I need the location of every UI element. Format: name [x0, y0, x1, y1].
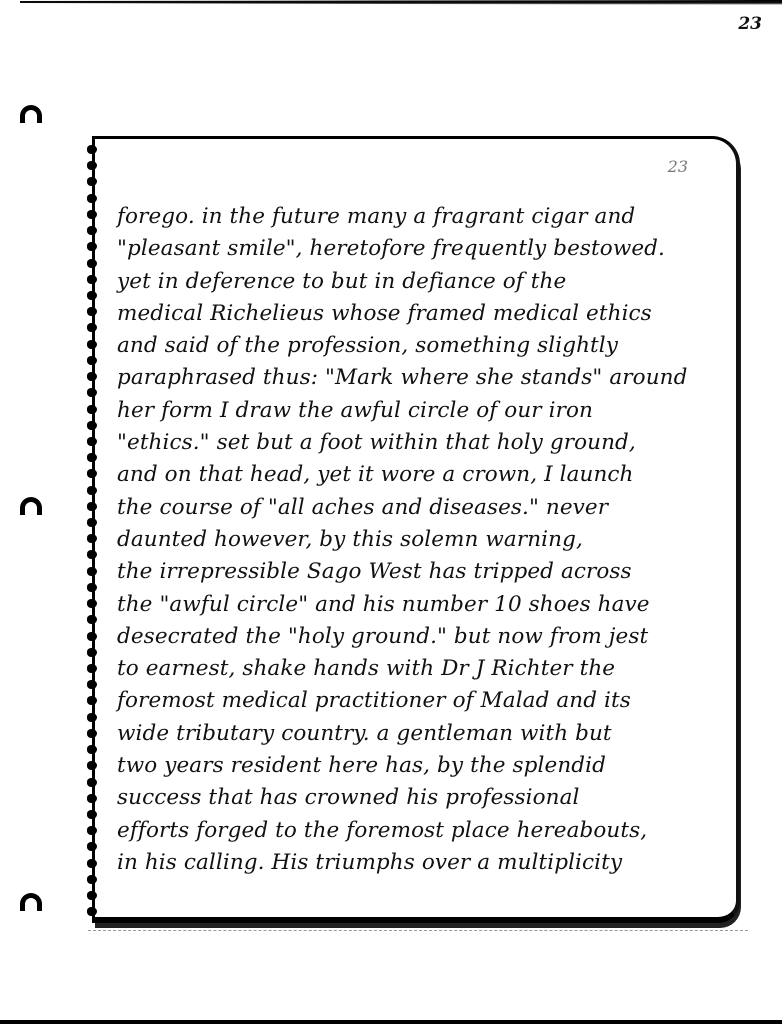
spiral-ring [87, 632, 97, 641]
text-line: two years resident here has, by the sple… [117, 750, 718, 782]
spiral-ring [87, 615, 97, 624]
spiral-ring [87, 713, 97, 722]
spiral-ring [87, 664, 97, 673]
punch-hole-icon [20, 893, 42, 911]
spiral-ring [87, 226, 97, 235]
text-line: "pleasant smile", heretofore frequently … [117, 233, 718, 265]
text-line: success that has crowned his professiona… [117, 782, 718, 814]
text-line: to earnest, shake hands with Dr J Richte… [117, 653, 718, 685]
spiral-ring [87, 842, 97, 851]
text-line: paraphrased thus: "Mark where she stands… [117, 362, 718, 394]
spiral-ring [87, 259, 97, 268]
punch-hole-icon [20, 497, 42, 515]
text-line: efforts forged to the foremost place her… [117, 815, 718, 847]
spiral-ring [87, 291, 97, 300]
spiral-ring [87, 778, 97, 787]
spiral-ring [87, 421, 97, 430]
text-line: the irrepressible Sago West has tripped … [117, 556, 718, 588]
spiral-ring [87, 145, 97, 154]
spiral-ring [87, 502, 97, 511]
text-line: and on that head, yet it wore a crown, I… [117, 459, 718, 491]
spiral-ring [87, 453, 97, 462]
page-edge-line [88, 930, 748, 932]
spiral-ring [87, 486, 97, 495]
text-line: desecrated the "holy ground." but now fr… [117, 621, 718, 653]
spiral-ring [87, 469, 97, 478]
text-line: the "awful circle" and his number 10 sho… [117, 589, 718, 621]
spiral-ring [87, 372, 97, 381]
spiral-ring [87, 810, 97, 819]
spiral-ring [87, 648, 97, 657]
spiral-ring [87, 388, 97, 397]
outer-page-number: 23 [738, 14, 762, 34]
text-line: medical Richelieus whose framed medical … [117, 298, 718, 330]
spiral-ring [87, 405, 97, 414]
spiral-ring [87, 242, 97, 251]
spiral-ring [87, 356, 97, 365]
spiral-ring [87, 567, 97, 576]
spiral-ring [87, 194, 97, 203]
spiral-ring [87, 599, 97, 608]
scan-bottom-edge [0, 1020, 782, 1024]
text-line: yet in deference to but in defiance of t… [117, 266, 718, 298]
spiral-ring [87, 177, 97, 186]
text-line: her form I draw the awful circle of our … [117, 395, 718, 427]
handwritten-text: forego. in the future many a fragrant ci… [117, 201, 718, 879]
spiral-ring [87, 583, 97, 592]
spiral-ring [87, 340, 97, 349]
inner-page-number: 23 [668, 157, 688, 176]
spiral-ring [87, 534, 97, 543]
spiral-ring [87, 275, 97, 284]
text-line: in his calling. His triumphs over a mult… [117, 847, 718, 879]
spiral-ring [87, 761, 97, 770]
spiral-ring [87, 437, 97, 446]
spiral-ring [87, 826, 97, 835]
spiral-ring [87, 550, 97, 559]
spiral-ring [87, 729, 97, 738]
spiral-ring [87, 696, 97, 705]
text-line: wide tributary country. a gentleman with… [117, 718, 718, 750]
scan-top-edge [20, 0, 782, 5]
text-line: the course of "all aches and diseases." … [117, 492, 718, 524]
spiral-ring [87, 323, 97, 332]
text-line: forego. in the future many a fragrant ci… [117, 201, 718, 233]
spiral-binding [87, 145, 99, 917]
spiral-ring [87, 859, 97, 868]
text-line: "ethics." set but a foot within that hol… [117, 427, 718, 459]
punch-hole-icon [20, 105, 42, 123]
spiral-ring [87, 875, 97, 884]
spiral-ring [87, 891, 97, 900]
spiral-ring [87, 907, 97, 916]
spiral-ring [87, 210, 97, 219]
text-line: and said of the profession, something sl… [117, 330, 718, 362]
text-line: daunted however, by this solemn warning, [117, 524, 718, 556]
spiral-ring [87, 794, 97, 803]
spiral-ring [87, 307, 97, 316]
spiral-ring [87, 680, 97, 689]
spiral-ring [87, 518, 97, 527]
spiral-ring [87, 745, 97, 754]
text-line: foremost medical practitioner of Malad a… [117, 685, 718, 717]
notebook-page: 23 forego. in the future many a fragrant… [92, 136, 740, 923]
spiral-ring [87, 161, 97, 170]
